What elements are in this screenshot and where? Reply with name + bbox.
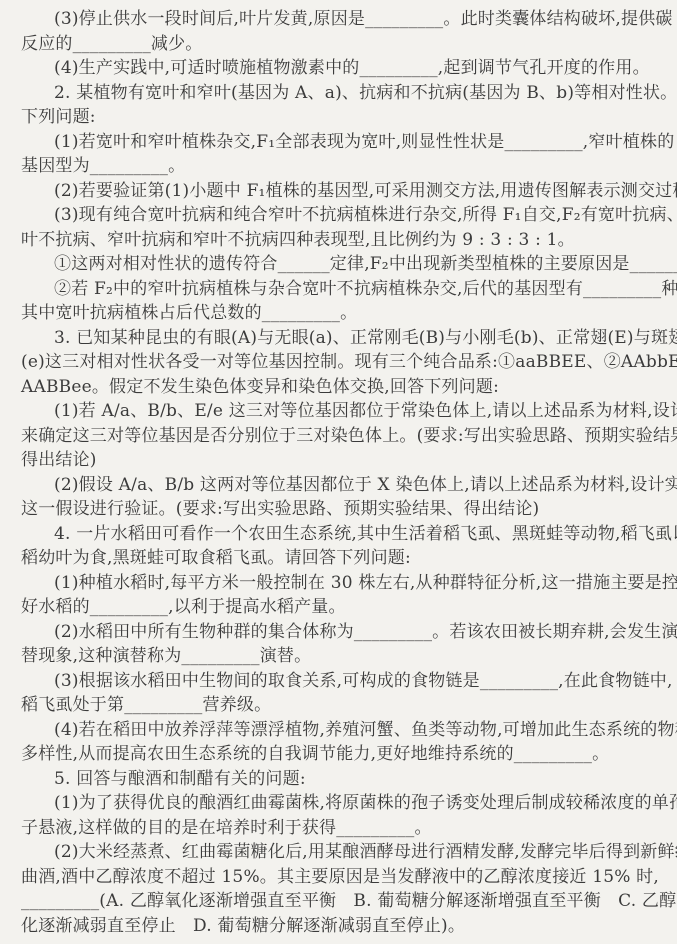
text-line: 多样性,从而提高农田生态系统的自我调节能力,更好地维持系统的_________。 bbox=[21, 742, 659, 767]
text-line: ①这两对相对性状的遗传符合______定律,F₂中出现新类型植株的主要原因是__… bbox=[21, 252, 659, 277]
text-line: (1)若宽叶和窄叶植株杂交,F₁全部表现为宽叶,则显性性状是_________,… bbox=[21, 130, 659, 155]
text-line: 基因型为_________。 bbox=[21, 154, 659, 179]
text-line: 这一假设进行验证。(要求:写出实验思路、预期实验结果、得出结论) bbox=[21, 497, 659, 522]
text-line: 替现象,这种演替称为_________演替。 bbox=[21, 644, 659, 669]
text-line: (e)这三对相对性状各受一对等位基因控制。现有三个纯合品系:①aaBBEE、②A… bbox=[21, 350, 659, 375]
text-line: (2)假设 A/a、B/b 这两对等位基因都位于 X 染色体上,请以上述品系为材… bbox=[21, 473, 659, 498]
text-line: 子悬液,这样做的目的是在培养时利于获得_________。 bbox=[21, 816, 659, 841]
question-5-title: 5. 回答与酿酒和制醋有关的问题: bbox=[21, 767, 659, 792]
text-line: 稻幼叶为食,黑斑蛙可取食稻飞虱。请回答下列问题: bbox=[21, 546, 659, 571]
text-line: (2)大米经蒸煮、红曲霉菌糖化后,用某酿酒酵母进行酒精发酵,发酵完毕后得到新鲜红 bbox=[21, 840, 659, 865]
text-line: 好水稻的_________,以利于提高水稻产量。 bbox=[21, 595, 659, 620]
text-line: 曲酒,酒中乙醇浓度不超过 15%。其主要原因是当发酵液中的乙醇浓度接近 15% … bbox=[21, 865, 659, 890]
text-line: (1)为了获得优良的酿酒红曲霉菌株,将原菌株的孢子诱变处理后制成较稀浓度的单孢 bbox=[21, 791, 659, 816]
text-line: 反应的_________减少。 bbox=[21, 32, 659, 57]
text-line: 得出结论) bbox=[21, 448, 659, 473]
exam-page: (3)停止供水一段时间后,叶片发黄,原因是_________。此时类囊体结构破坏… bbox=[0, 0, 677, 944]
text-line: (2)水稻田中所有生物种群的集合体称为_________。若该农田被长期弃耕,会… bbox=[21, 620, 659, 645]
text-line: (2)若要验证第(1)小题中 F₁植株的基因型,可采用测交方法,用遗传图解表示测… bbox=[21, 179, 659, 204]
question-3-title: 3. 已知某种昆虫的有眼(A)与无眼(a)、正常刚毛(B)与小刚毛(b)、正常翅… bbox=[21, 326, 659, 351]
text-line: (4)若在稻田中放养浮萍等漂浮植物,养殖河蟹、鱼类等动物,可增加此生态系统的物种 bbox=[21, 718, 659, 743]
text-line: AABBee。假定不发生染色体变异和染色体交换,回答下列问题: bbox=[21, 375, 659, 400]
text-line: _________(A. 乙醇氧化逐渐增强直至平衡 B. 葡萄糖分解逐渐增强直至… bbox=[21, 889, 659, 914]
text-line: (4)生产实践中,可适时喷施植物激素中的_________,起到调节气孔开度的作… bbox=[21, 56, 659, 81]
text-line: 其中宽叶抗病植株占后代总数的_________。 bbox=[21, 301, 659, 326]
text-line: (1)若 A/a、B/b、E/e 这三对等位基因都位于常染色体上,请以上述品系为… bbox=[21, 399, 659, 424]
text-line: (3)现有纯合宽叶抗病和纯合窄叶不抗病植株进行杂交,所得 F₁自交,F₂有宽叶抗… bbox=[21, 203, 659, 228]
text-line: 叶不抗病、窄叶抗病和窄叶不抗病四种表现型,且比例约为 9 : 3 : 3 : 1… bbox=[21, 228, 659, 253]
text-line: (3)停止供水一段时间后,叶片发黄,原因是_________。此时类囊体结构破坏… bbox=[21, 7, 659, 32]
text-line: 化逐渐减弱直至停止 D. 葡萄糖分解逐渐减弱直至停止)。 bbox=[21, 914, 659, 939]
text-line: ②若 F₂中的窄叶抗病植株与杂合宽叶不抗病植株杂交,后代的基因型有_______… bbox=[21, 277, 659, 302]
text-line: (3)根据该水稻田中生物间的取食关系,可构成的食物链是_________,在此食… bbox=[21, 669, 659, 694]
text-line: 来确定这三对等位基因是否分别位于三对染色体上。(要求:写出实验思路、预期实验结果… bbox=[21, 424, 659, 449]
text-line: 稻飞虱处于第_________营养级。 bbox=[21, 693, 659, 718]
question-2-title: 2. 某植物有宽叶和窄叶(基因为 A、a)、抗病和不抗病(基因为 B、b)等相对… bbox=[21, 81, 659, 106]
text-line: (1)种植水稻时,每平方米一般控制在 30 株左右,从种群特征分析,这一措施主要… bbox=[21, 571, 659, 596]
text-line: 下列问题: bbox=[21, 105, 659, 130]
question-4-title: 4. 一片水稻田可看作一个农田生态系统,其中生活着稻飞虱、黑斑蛙等动物,稻飞虱以… bbox=[21, 522, 659, 547]
